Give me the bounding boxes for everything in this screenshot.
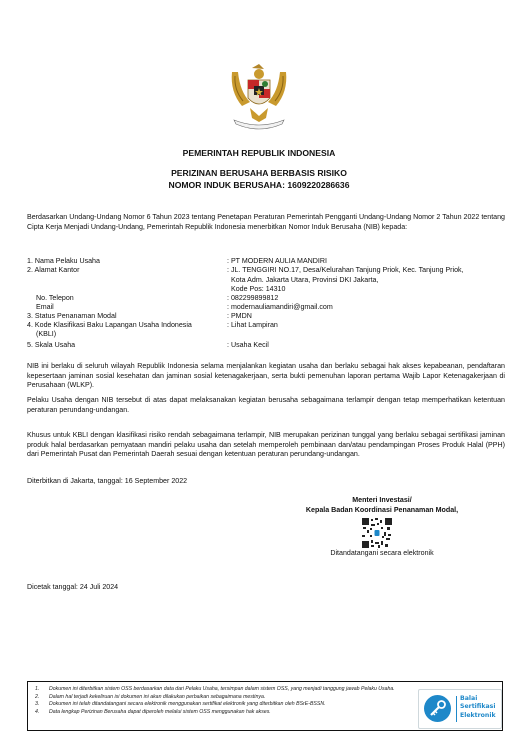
validity-paragraph: NIB ini berlaku di seluruh wilayah Repub… <box>27 362 505 391</box>
garuda-emblem-icon <box>228 58 290 136</box>
halal-paragraph: Khusus untuk KBLI dengan klasifikasi ris… <box>27 431 505 460</box>
issued-date: Diterbitkan di Jakarta, tanggal: 16 Sept… <box>27 477 505 487</box>
field-value: : Lihat Lampiran <box>227 321 505 331</box>
field-label: 5. Skala Usaha <box>27 341 222 351</box>
field-label: 2. Alamat Kantor <box>27 266 222 276</box>
electronic-signature-note: Ditandatangani secara elektronik <box>282 549 482 559</box>
bsre-divider <box>456 696 457 722</box>
signatory-title-1: Menteri Investasi/ <box>282 496 482 506</box>
footer-notes: 1.Dokumen ini diterbitkan sistem OSS ber… <box>35 686 415 716</box>
field-value: : JL. TENGGIRI NO.17, Desa/Kelurahan Tan… <box>227 266 505 276</box>
bsre-logo: Balai Sertifikasi Elektronik <box>418 689 502 729</box>
document-title: PERIZINAN BERUSAHA BERBASIS RISIKO <box>0 168 518 178</box>
nib-number: NOMOR INDUK BERUSAHA: 1609220286636 <box>0 180 518 190</box>
footer-notes-box: 1.Dokumen ini diterbitkan sistem OSS ber… <box>27 681 503 731</box>
government-heading: PEMERINTAH REPUBLIK INDONESIA <box>0 148 518 158</box>
signatory-title-2: Kepala Badan Koordinasi Penanaman Modal, <box>282 506 482 516</box>
footer-note: 3.Dokumen ini telah ditandatangani secar… <box>35 701 415 709</box>
activity-paragraph: Pelaku Usaha dengan NIB tersebut di atas… <box>27 396 505 415</box>
intro-paragraph: Berdasarkan Undang-Undang Nomor 6 Tahun … <box>27 213 505 232</box>
qr-code-icon <box>362 518 392 548</box>
footer-note: 1.Dokumen ini diterbitkan sistem OSS ber… <box>35 686 415 694</box>
footer-note: 2.Dalam hal terjadi kekeliruan isi dokum… <box>35 694 415 702</box>
bsre-text: Balai Sertifikasi Elektronik <box>460 695 496 720</box>
field-value: : Usaha Kecil <box>227 341 505 351</box>
footer-note: 4.Data lengkap Perizinan Berusaha dapat … <box>35 709 415 717</box>
field-label-extra: (KBLI) <box>36 330 231 340</box>
bsre-key-icon <box>424 695 451 722</box>
printed-date: Dicetak tanggal: 24 Juli 2024 <box>27 583 505 593</box>
